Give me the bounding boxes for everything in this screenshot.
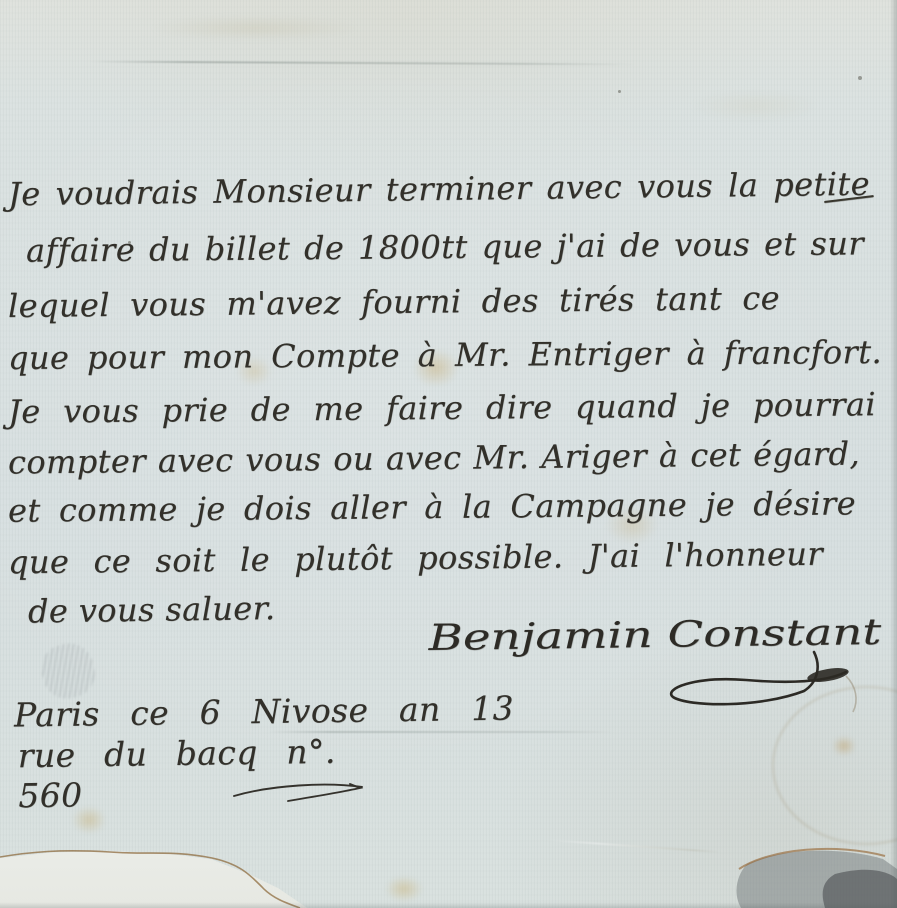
letter-line: que pour mon Compte à Mr. Entriger à fra…	[8, 333, 882, 377]
dateline: Paris ce 6 Nivose an 13	[14, 689, 515, 736]
letter-line: de vous saluer.	[28, 589, 247, 630]
ink-blot-stain	[717, 838, 897, 908]
stain-mark	[832, 736, 856, 756]
ink-speck	[618, 90, 621, 93]
letter-line: Je vous prie de me faire dire quand je p…	[8, 385, 876, 431]
letter-line: Je voudrais Monsieur terminer avec vous …	[8, 165, 870, 214]
signature-paraph	[658, 650, 868, 714]
letter-line: compter avec vous ou avec Mr. Ariger à c…	[8, 435, 860, 482]
stain-mark	[385, 876, 423, 902]
closing-flourish	[230, 775, 370, 809]
letter-line: que ce soit le plutôt possible. J'ai l'h…	[8, 535, 823, 582]
paper-crease	[90, 61, 635, 65]
page-edge-shadow	[890, 0, 897, 908]
stain-mark	[690, 90, 820, 122]
ink-speck	[858, 76, 862, 80]
torn-corner	[0, 850, 320, 908]
stain-mark	[150, 16, 360, 40]
letter-line: lequel vous m'avez fourni des tirés tant…	[8, 279, 780, 325]
letter-page: Je voudrais Monsieur terminer avec vous …	[0, 0, 897, 908]
page-edge-shadow	[0, 902, 897, 908]
letter-line: et comme je dois aller à la Campagne je …	[8, 484, 856, 530]
paper-crease	[545, 839, 720, 853]
letter-line: affaire du billet de 1800tt que j'ai de …	[26, 224, 864, 270]
